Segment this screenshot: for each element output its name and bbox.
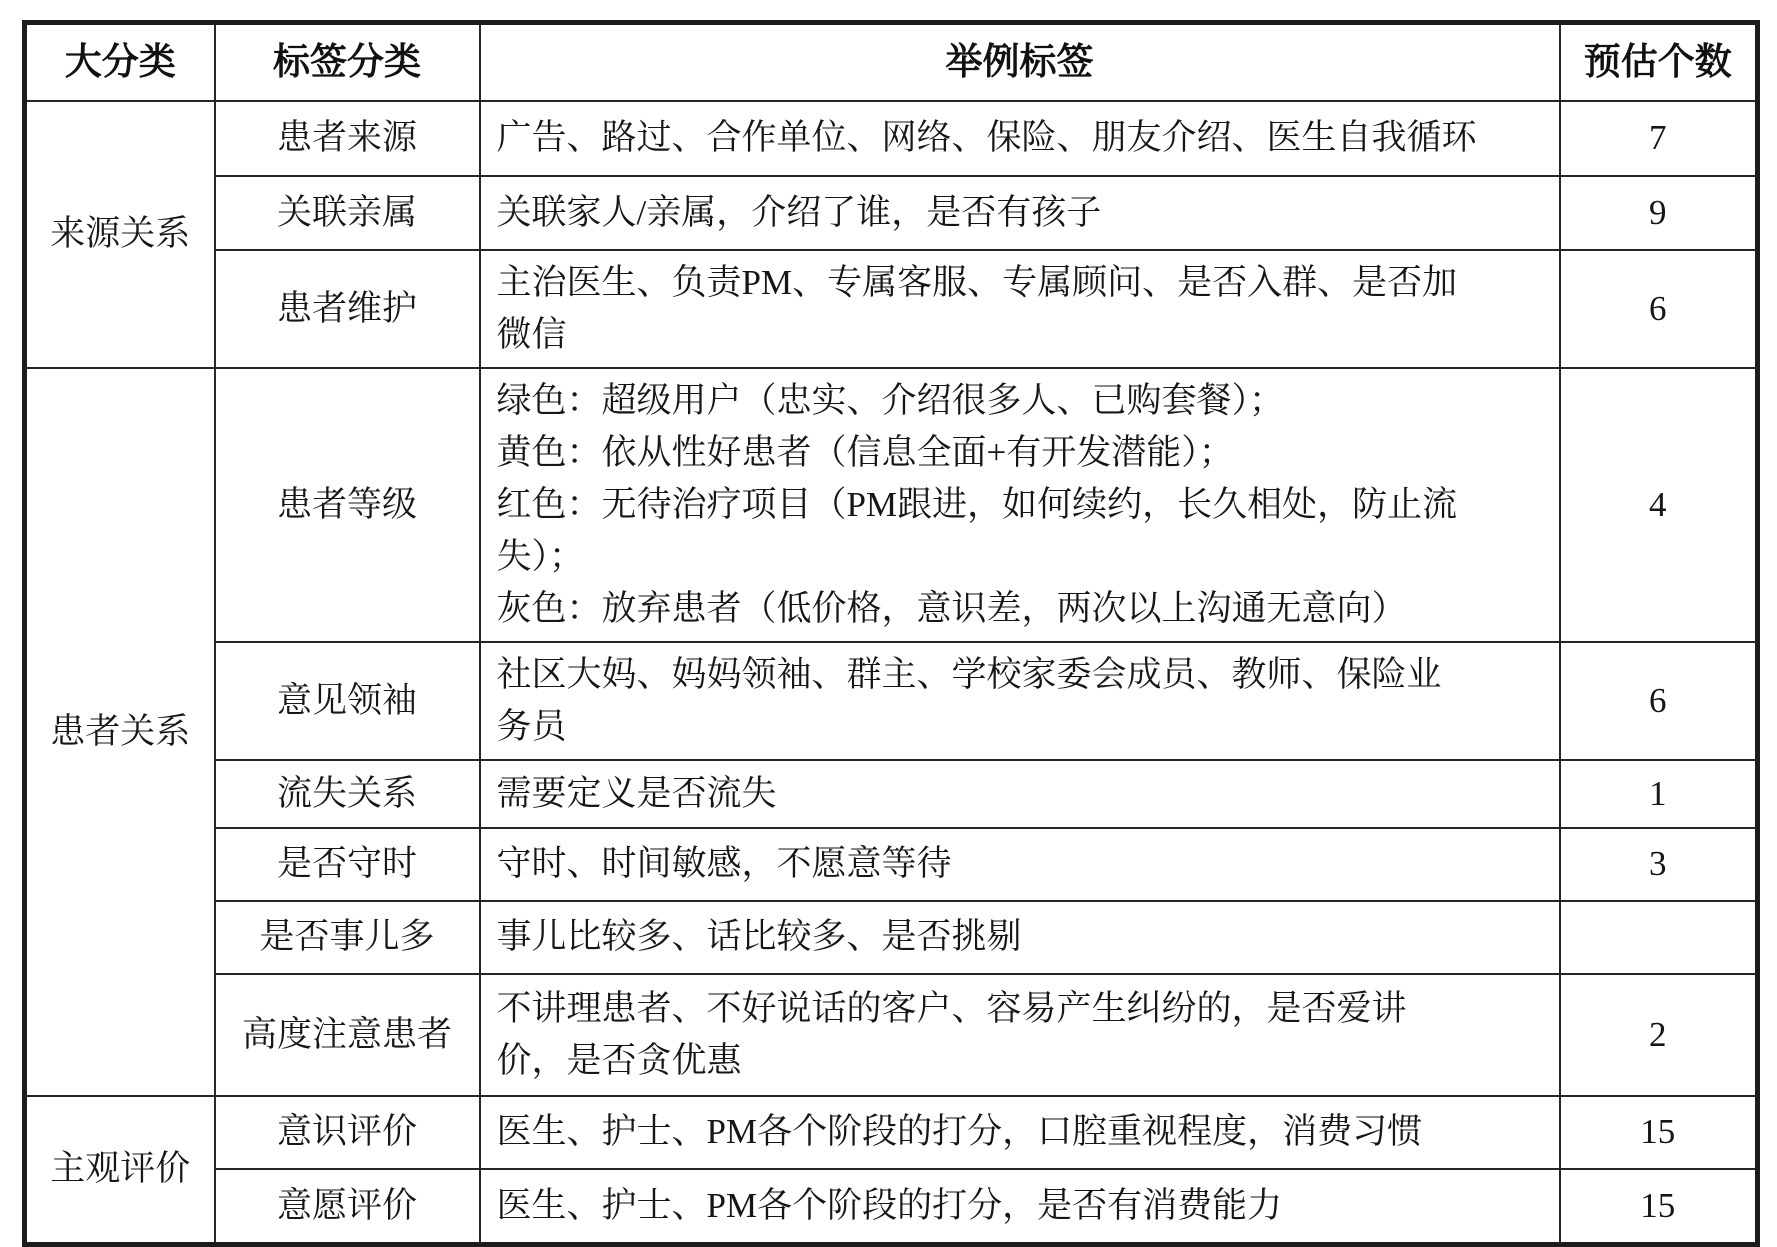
header-estimated-count: 预估个数	[1560, 23, 1758, 101]
examples-cell: 守时、时间敏感，不愿意等待	[480, 828, 1560, 901]
examples-cell: 绿色：超级用户（忠实、介绍很多人、已购套餐）； 黄色：依从性好患者（信息全面+有…	[480, 368, 1560, 642]
tag-cell: 是否事儿多	[215, 901, 480, 974]
count-cell: 15	[1560, 1169, 1758, 1245]
table-row: 关联亲属 关联家人/亲属，介绍了谁，是否有孩子 9	[25, 176, 1758, 250]
group-cell-subjective-evaluation: 主观评价	[25, 1096, 215, 1245]
group-cell-source-relation: 来源关系	[25, 101, 215, 368]
table-row: 意愿评价 医生、护士、PM各个阶段的打分，是否有消费能力 15	[25, 1169, 1758, 1245]
examples-cell: 医生、护士、PM各个阶段的打分，口腔重视程度，消费习惯	[480, 1096, 1560, 1169]
count-cell: 9	[1560, 176, 1758, 250]
examples-cell: 广告、路过、合作单位、网络、保险、朋友介绍、医生自我循环	[480, 101, 1560, 176]
group-cell-patient-relation: 患者关系	[25, 368, 215, 1096]
tag-cell: 意见领袖	[215, 642, 480, 760]
patient-tag-table: 大分类 标签分类 举例标签 预估个数 来源关系 患者来源 广告、路过、合作单位、…	[22, 20, 1760, 1247]
count-cell: 4	[1560, 368, 1758, 642]
examples-cell: 主治医生、负责PM、专属客服、专属顾问、是否入群、是否加 微信	[480, 250, 1560, 368]
table-row: 是否守时 守时、时间敏感，不愿意等待 3	[25, 828, 1758, 901]
header-example-tags: 举例标签	[480, 23, 1560, 101]
table-row: 患者关系 患者等级 绿色：超级用户（忠实、介绍很多人、已购套餐）； 黄色：依从性…	[25, 368, 1758, 642]
table-row: 是否事儿多 事儿比较多、话比较多、是否挑剔	[25, 901, 1758, 974]
tag-cell: 流失关系	[215, 760, 480, 828]
tag-cell: 高度注意患者	[215, 974, 480, 1096]
count-cell: 6	[1560, 250, 1758, 368]
header-row: 大分类 标签分类 举例标签 预估个数	[25, 23, 1758, 101]
header-tag-category: 标签分类	[215, 23, 480, 101]
tag-cell: 患者维护	[215, 250, 480, 368]
examples-cell: 社区大妈、妈妈领袖、群主、学校家委会成员、教师、保险业 务员	[480, 642, 1560, 760]
table-row: 患者维护 主治医生、负责PM、专属客服、专属顾问、是否入群、是否加 微信 6	[25, 250, 1758, 368]
table-row: 流失关系 需要定义是否流失 1	[25, 760, 1758, 828]
examples-cell: 医生、护士、PM各个阶段的打分，是否有消费能力	[480, 1169, 1560, 1245]
table-row: 高度注意患者 不讲理患者、不好说话的客户、容易产生纠纷的，是否爱讲 价，是否贪优…	[25, 974, 1758, 1096]
count-cell: 15	[1560, 1096, 1758, 1169]
document-page: 大分类 标签分类 举例标签 预估个数 来源关系 患者来源 广告、路过、合作单位、…	[0, 0, 1777, 1243]
examples-cell: 需要定义是否流失	[480, 760, 1560, 828]
count-cell: 7	[1560, 101, 1758, 176]
examples-cell: 事儿比较多、话比较多、是否挑剔	[480, 901, 1560, 974]
examples-cell: 关联家人/亲属，介绍了谁，是否有孩子	[480, 176, 1560, 250]
examples-cell: 不讲理患者、不好说话的客户、容易产生纠纷的，是否爱讲 价，是否贪优惠	[480, 974, 1560, 1096]
tag-cell: 关联亲属	[215, 176, 480, 250]
count-cell	[1560, 901, 1758, 974]
table-row: 意见领袖 社区大妈、妈妈领袖、群主、学校家委会成员、教师、保险业 务员 6	[25, 642, 1758, 760]
tag-cell: 意愿评价	[215, 1169, 480, 1245]
table-row: 主观评价 意识评价 医生、护士、PM各个阶段的打分，口腔重视程度，消费习惯 15	[25, 1096, 1758, 1169]
count-cell: 3	[1560, 828, 1758, 901]
tag-cell: 意识评价	[215, 1096, 480, 1169]
header-category: 大分类	[25, 23, 215, 101]
tag-cell: 患者等级	[215, 368, 480, 642]
count-cell: 6	[1560, 642, 1758, 760]
count-cell: 1	[1560, 760, 1758, 828]
tag-cell: 是否守时	[215, 828, 480, 901]
tag-cell: 患者来源	[215, 101, 480, 176]
count-cell: 2	[1560, 974, 1758, 1096]
table-row: 来源关系 患者来源 广告、路过、合作单位、网络、保险、朋友介绍、医生自我循环 7	[25, 101, 1758, 176]
